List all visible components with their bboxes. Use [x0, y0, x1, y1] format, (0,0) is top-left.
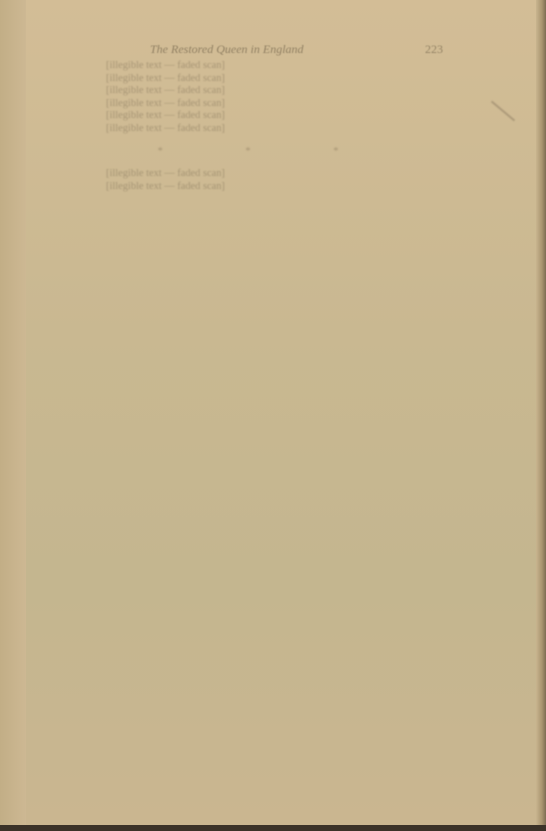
section-break: * * * — [92, 146, 444, 159]
book-page: The Restored Queen in England 223 [illeg… — [0, 0, 546, 831]
page-edge-bottom — [0, 825, 546, 831]
paragraph: [illegible text — faded scan] — [92, 73, 444, 86]
body-text: [illegible text — faded scan] [illegible… — [92, 60, 444, 193]
paragraph: [illegible text — faded scan] — [92, 123, 444, 136]
page-gutter — [0, 0, 26, 831]
paragraph: [illegible text — faded scan] — [92, 60, 444, 73]
paragraph: [illegible text — faded scan] — [92, 85, 444, 98]
margin-pencil-mark — [491, 101, 515, 122]
paragraph: [illegible text — faded scan] — [92, 110, 444, 123]
page-edge-right — [536, 0, 546, 831]
paragraph: [illegible text — faded scan] — [92, 98, 444, 111]
paragraph: [illegible text — faded scan] — [92, 168, 444, 181]
page-number: 223 — [425, 42, 443, 57]
running-title: The Restored Queen in England — [150, 42, 440, 57]
paragraph: [illegible text — faded scan] — [92, 181, 444, 194]
